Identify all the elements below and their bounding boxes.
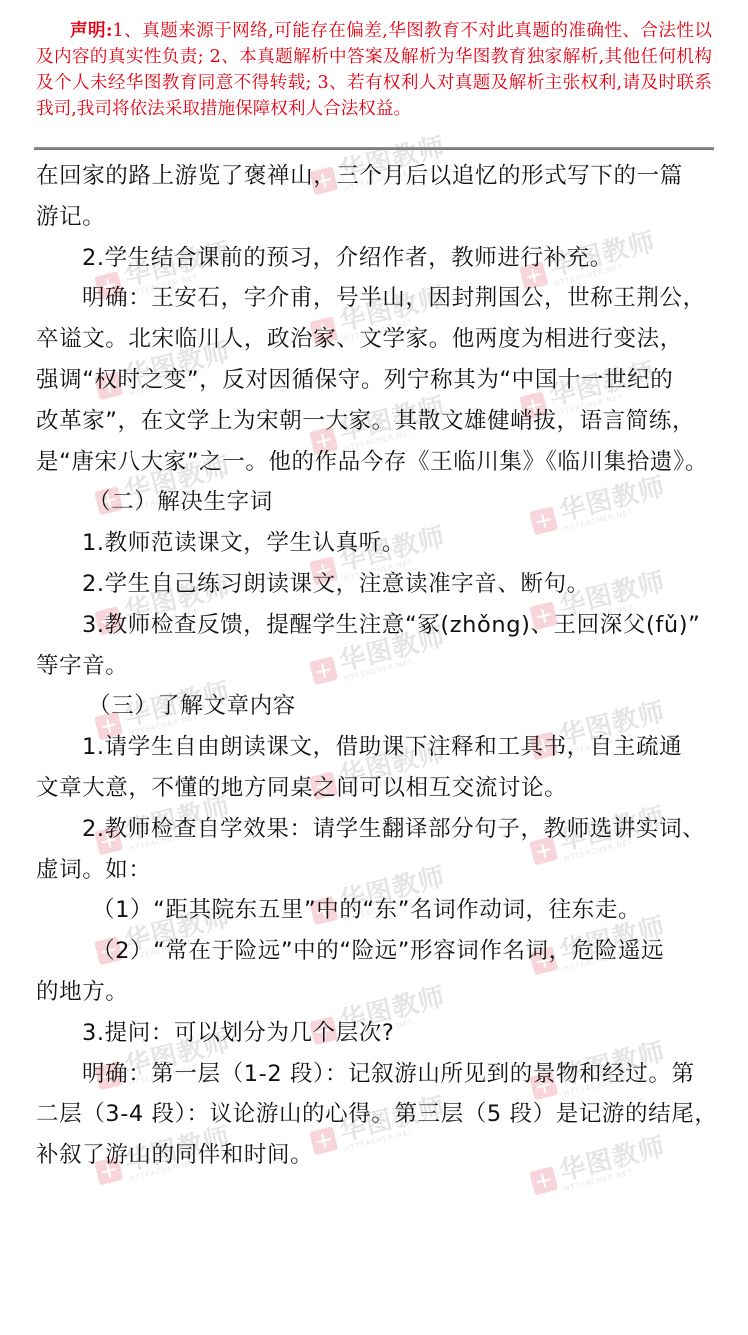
- disclaimer-notice: 声明:1、真题来源于网络,可能存在偏差,华图教育不对此真题的准确性、合法性以及内…: [36, 18, 712, 122]
- step-item: 2.教师检查自学效果：请学生翻译部分句子，教师选讲实词、: [36, 809, 716, 850]
- example-item: （1）“距其院东五里”中的“东”名词作动词，往东走。: [36, 890, 716, 931]
- disclaimer-text: 1、真题来源于网络,可能存在偏差,华图教育不对此真题的准确性、合法性以及内容的真…: [36, 21, 712, 119]
- lesson-content: 在回家的路上游览了褒禅山，三个月后以追忆的形式写下的一篇 游记。 2.学生结合课…: [36, 156, 716, 1176]
- paragraph-line: 强调“权时之变”，反对因循保守。列宁称其为“中国十一世纪的: [36, 360, 716, 401]
- step-item: 2.学生结合课前的预习，介绍作者，教师进行补充。: [36, 238, 716, 279]
- step-item: 1.教师范读课文，学生认真听。: [36, 523, 716, 564]
- section-heading: （二）解决生字词: [36, 482, 716, 523]
- disclaimer-label: 声明:: [70, 20, 113, 41]
- paragraph-line: 明确：第一层（1-2 段）：记叙游山所见到的景物和经过。第: [36, 1054, 716, 1095]
- paragraph-line: 卒谥文。北宋临川人，政治家、文学家。他两度为相进行变法，: [36, 319, 716, 360]
- paragraph-line: 补叙了游山的同伴和时间。: [36, 1135, 716, 1176]
- paragraph-line: 游记。: [36, 197, 716, 238]
- header-separator: [34, 147, 714, 150]
- step-item: 1.请学生自由朗读课文，借助课下注释和工具书，自主疏通: [36, 727, 716, 768]
- step-item: 2.学生自己练习朗读课文，注意读准字音、断句。: [36, 564, 716, 605]
- paragraph-line: 明确：王安石，字介甫，号半山，因封荆国公，世称王荆公，: [36, 278, 716, 319]
- paragraph-line: 等字音。: [36, 646, 716, 687]
- step-item: 3.教师检查反馈，提醒学生注意“冢(zhǒng)、王回深父(fǔ)”: [36, 605, 716, 646]
- paragraph-line: 虚词。如：: [36, 850, 716, 891]
- section-heading: （三）了解文章内容: [36, 686, 716, 727]
- example-item: （2）“常在于险远”中的“险远”形容词作名词，危险遥远: [36, 931, 716, 972]
- step-item: 3.提问：可以划分为几个层次?: [36, 1013, 716, 1054]
- paragraph-line: 在回家的路上游览了褒禅山，三个月后以追忆的形式写下的一篇: [36, 156, 716, 197]
- paragraph-line: 的地方。: [36, 972, 716, 1013]
- document-page: 声明:1、真题来源于网络,可能存在偏差,华图教育不对此真题的准确性、合法性以及内…: [0, 0, 748, 1335]
- paragraph-line: 文章大意，不懂的地方同桌之间可以相互交流讨论。: [36, 768, 716, 809]
- paragraph-line: 改革家”，在文学上为宋朝一大家。其散文雄健峭拔，语言简练，: [36, 401, 716, 442]
- paragraph-line: 是“唐宋八大家”之一。他的作品今存《王临川集》《临川集拾遗》。: [36, 442, 716, 483]
- paragraph-line: 二层（3-4 段）：议论游山的心得。第三层（5 段）是记游的结尾，: [36, 1094, 716, 1135]
